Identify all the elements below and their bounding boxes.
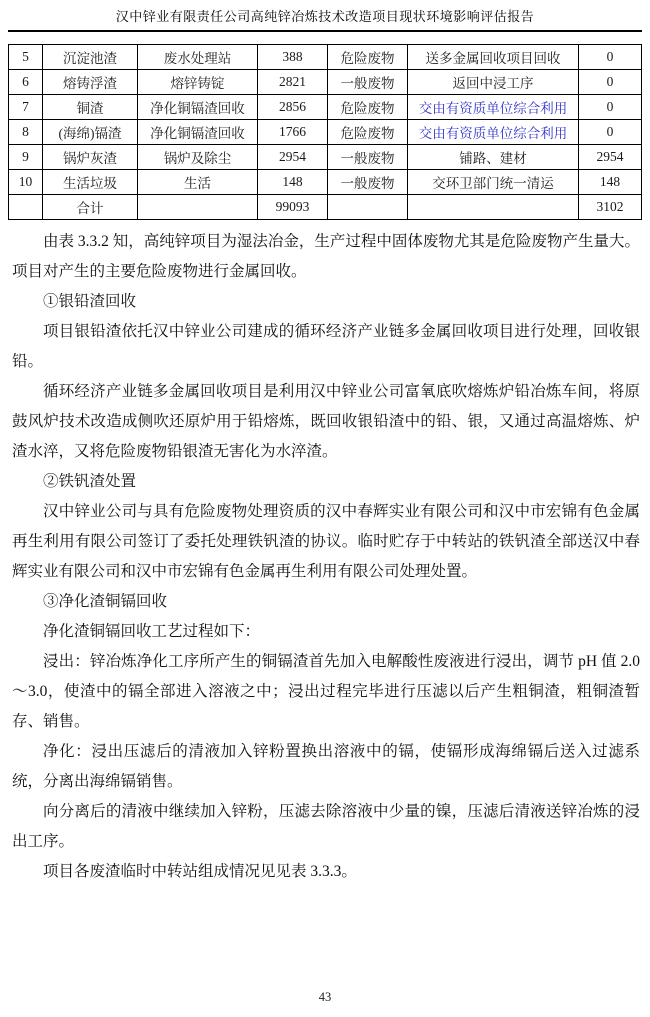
cell-source: 净化铜镉渣回收 [138,95,258,120]
table-row: 6熔铸浮渣熔锌铸锭2821一般废物返回中浸工序0 [9,70,642,95]
table-row: 9锅炉灰渣锅炉及除尘2954一般废物铺路、建材2954 [9,145,642,170]
paragraph: 向分离后的清液中继续加入锌粉，压滤去除溶液中少量的镍，压滤后清液送锌冶炼的浸出工… [12,797,640,857]
paragraph: 汉中锌业公司与具有危险废物处理资质的汉中春辉实业有限公司和汉中市宏锦有色金属再生… [12,497,640,587]
cell-category: 一般废物 [328,145,408,170]
cell-amount: 148 [579,170,642,195]
cell-source: 熔锌铸锭 [138,70,258,95]
cell-disposal: 铺路、建材 [408,145,579,170]
page-header-title: 汉中锌业有限责任公司高纯锌冶炼技术改造项目现状环境影响评估报告 [0,0,650,25]
cell-no: 5 [9,45,43,70]
cell-no: 7 [9,95,43,120]
cell-category: 危险废物 [328,120,408,145]
cell-source: 锅炉及除尘 [138,145,258,170]
cell-category [328,195,408,220]
body-paragraphs: 由表 3.3.2 知，高纯锌项目为湿法冶金，生产过程中固体废物尤其是危险废物产生… [12,227,640,887]
cell-source: 生活 [138,170,258,195]
cell-category: 一般废物 [328,70,408,95]
paragraph: ①银铅渣回收 [12,287,640,317]
paragraph: 净化渣铜镉回收工艺过程如下： [12,617,640,647]
cell-name: 锅炉灰渣 [43,145,138,170]
cell-qty: 388 [258,45,328,70]
paragraph: 净化：浸出压滤后的清液加入锌粉置换出溶液中的镉，使镉形成海绵镉后送入过滤系统，分… [12,737,640,797]
cell-name: 合计 [43,195,138,220]
cell-disposal: 交由有资质单位综合利用 [408,120,579,145]
cell-amount: 0 [579,70,642,95]
cell-name: (海绵)镉渣 [43,120,138,145]
cell-source [138,195,258,220]
cell-no: 8 [9,120,43,145]
cell-qty: 1766 [258,120,328,145]
cell-amount: 0 [579,120,642,145]
cell-amount: 0 [579,95,642,120]
table-row: 5沉淀池渣废水处理站388危险废物送多金属回收项目回收0 [9,45,642,70]
table-total-row: 合计990933102 [9,195,642,220]
paragraph: 浸出：锌冶炼净化工序所产生的铜镉渣首先加入电解酸性废液进行浸出，调节 pH 值 … [12,647,640,737]
paragraph: 由表 3.3.2 知，高纯锌项目为湿法冶金，生产过程中固体废物尤其是危险废物产生… [12,227,640,287]
cell-name: 生活垃圾 [43,170,138,195]
cell-category: 危险废物 [328,45,408,70]
cell-amount: 0 [579,45,642,70]
cell-no: 6 [9,70,43,95]
paragraph: ②铁钒渣处置 [12,467,640,497]
table-row: 7铜渣净化铜镉渣回收2856危险废物交由有资质单位综合利用0 [9,95,642,120]
cell-no [9,195,43,220]
table-row: 10生活垃圾生活148一般废物交环卫部门统一清运148 [9,170,642,195]
cell-qty: 99093 [258,195,328,220]
cell-disposal: 送多金属回收项目回收 [408,45,579,70]
document-page: 汉中锌业有限责任公司高纯锌冶炼技术改造项目现状环境影响评估报告 5沉淀池渣废水处… [0,0,650,1017]
cell-name: 铜渣 [43,95,138,120]
cell-category: 一般废物 [328,170,408,195]
cell-qty: 2821 [258,70,328,95]
cell-qty: 2856 [258,95,328,120]
cell-qty: 2954 [258,145,328,170]
cell-name: 熔铸浮渣 [43,70,138,95]
paragraph: 循环经济产业链多金属回收项目是利用汉中锌业公司富氧底吹熔炼炉铅冶炼车间，将原鼓风… [12,377,640,467]
cell-source: 废水处理站 [138,45,258,70]
waste-table: 5沉淀池渣废水处理站388危险废物送多金属回收项目回收06熔铸浮渣熔锌铸锭282… [8,44,642,220]
paragraph: 项目各废渣临时中转站组成情况见见表 3.3.3。 [12,857,640,887]
page-number: 43 [0,990,650,1005]
table-row: 8(海绵)镉渣净化铜镉渣回收1766危险废物交由有资质单位综合利用0 [9,120,642,145]
cell-no: 9 [9,145,43,170]
cell-disposal: 返回中浸工序 [408,70,579,95]
cell-qty: 148 [258,170,328,195]
cell-source: 净化铜镉渣回收 [138,120,258,145]
header-divider [8,30,642,32]
cell-disposal [408,195,579,220]
cell-disposal: 交环卫部门统一清运 [408,170,579,195]
cell-disposal: 交由有资质单位综合利用 [408,95,579,120]
cell-amount: 3102 [579,195,642,220]
paragraph: 项目银铅渣依托汉中锌业公司建成的循环经济产业链多金属回收项目进行处理，回收银铅。 [12,317,640,377]
cell-name: 沉淀池渣 [43,45,138,70]
cell-no: 10 [9,170,43,195]
paragraph: ③净化渣铜镉回收 [12,587,640,617]
waste-table-body: 5沉淀池渣废水处理站388危险废物送多金属回收项目回收06熔铸浮渣熔锌铸锭282… [9,45,642,220]
cell-category: 危险废物 [328,95,408,120]
cell-amount: 2954 [579,145,642,170]
